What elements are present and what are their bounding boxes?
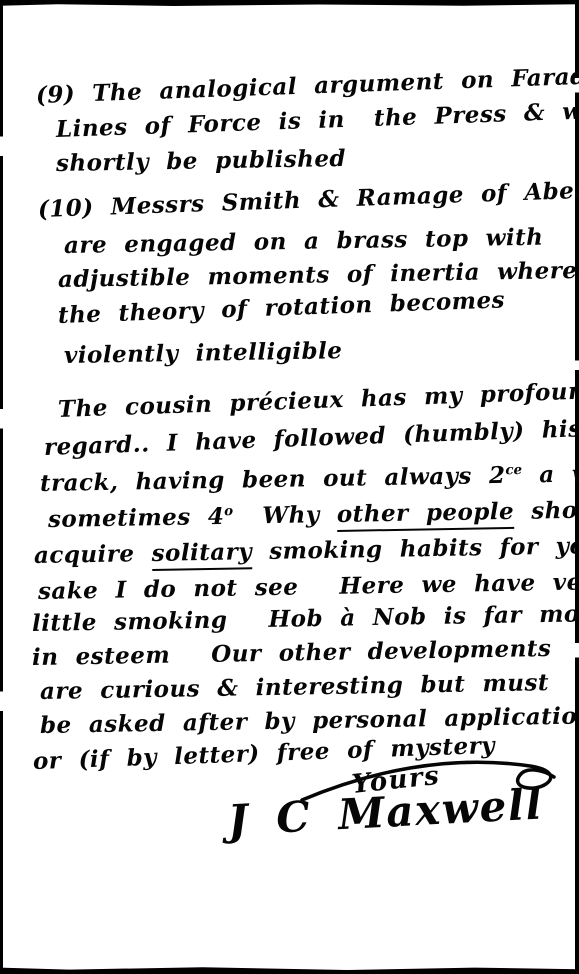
text-segment: be asked after by personal application <box>40 702 579 739</box>
text-segment: J C Maxwell <box>227 780 545 845</box>
handwritten-line: acquire solitary smoking habits for your <box>34 534 579 567</box>
text-segment: should <box>514 496 579 525</box>
handwritten-line: are engaged on a brass top with <box>64 226 544 257</box>
text-segment: smoking habits for your <box>252 532 579 565</box>
text-segment: Why <box>233 501 337 530</box>
text-segment: are engaged on a brass top with <box>64 224 544 259</box>
handwritten-line: little smoking Hob à Nob is far more <box>32 602 579 635</box>
text-segment: ce <box>505 462 522 478</box>
handwritten-line: are curious & interesting but must <box>40 671 549 703</box>
text-segment: a week <box>522 460 579 489</box>
handwritten-line: regard.. I have followed (humbly) his <box>44 417 579 459</box>
text-segment: sake I do not see Here we have very <box>38 568 579 605</box>
text-segment: (10) Messrs Smith & Ramage of Aberdeen <box>38 175 579 223</box>
text-segment: violently intelligible <box>64 337 343 369</box>
text-segment: sometimes 4 <box>48 503 225 533</box>
handwritten-line: in esteem Our other developments <box>32 637 552 669</box>
handwritten-line: sometimes 4o Why other people should <box>48 498 579 531</box>
handwritten-line: (10) Messrs Smith & Ramage of Aberdeen <box>38 177 579 221</box>
handwritten-line: shortly be published <box>56 147 346 175</box>
text-segment: regard.. I have followed (humbly) his <box>44 415 579 461</box>
handwritten-line: The cousin précieux has my profound <box>58 379 579 421</box>
handwritten-line: track, having been out always 2ce a week <box>40 462 579 495</box>
letter-body: (9) The analogical argument on Faraday's… <box>0 0 579 974</box>
text-segment: track, having been out always 2 <box>40 462 506 497</box>
text-segment: acquire <box>34 540 152 569</box>
signature: J C Maxwell <box>227 784 544 842</box>
handwritten-line: violently intelligible <box>64 339 343 367</box>
scanned-letter-page: (9) The analogical argument on Faraday's… <box>0 0 579 974</box>
text-segment: are curious & interesting but must <box>40 669 549 705</box>
underlined-text: solitary <box>151 538 252 571</box>
text-segment: little smoking Hob à Nob is far more <box>32 600 579 637</box>
underlined-text: other people <box>337 498 515 532</box>
text-segment: shortly be published <box>56 145 346 177</box>
text-segment: the theory of rotation becomes <box>58 286 506 329</box>
text-segment: in esteem Our other developments <box>32 635 552 671</box>
handwritten-line: be asked after by personal application <box>40 704 579 737</box>
handwritten-line: sake I do not see Here we have very <box>38 570 579 603</box>
handwritten-line: the theory of rotation becomes <box>58 288 506 327</box>
text-segment: The cousin précieux has my profound <box>58 377 579 423</box>
